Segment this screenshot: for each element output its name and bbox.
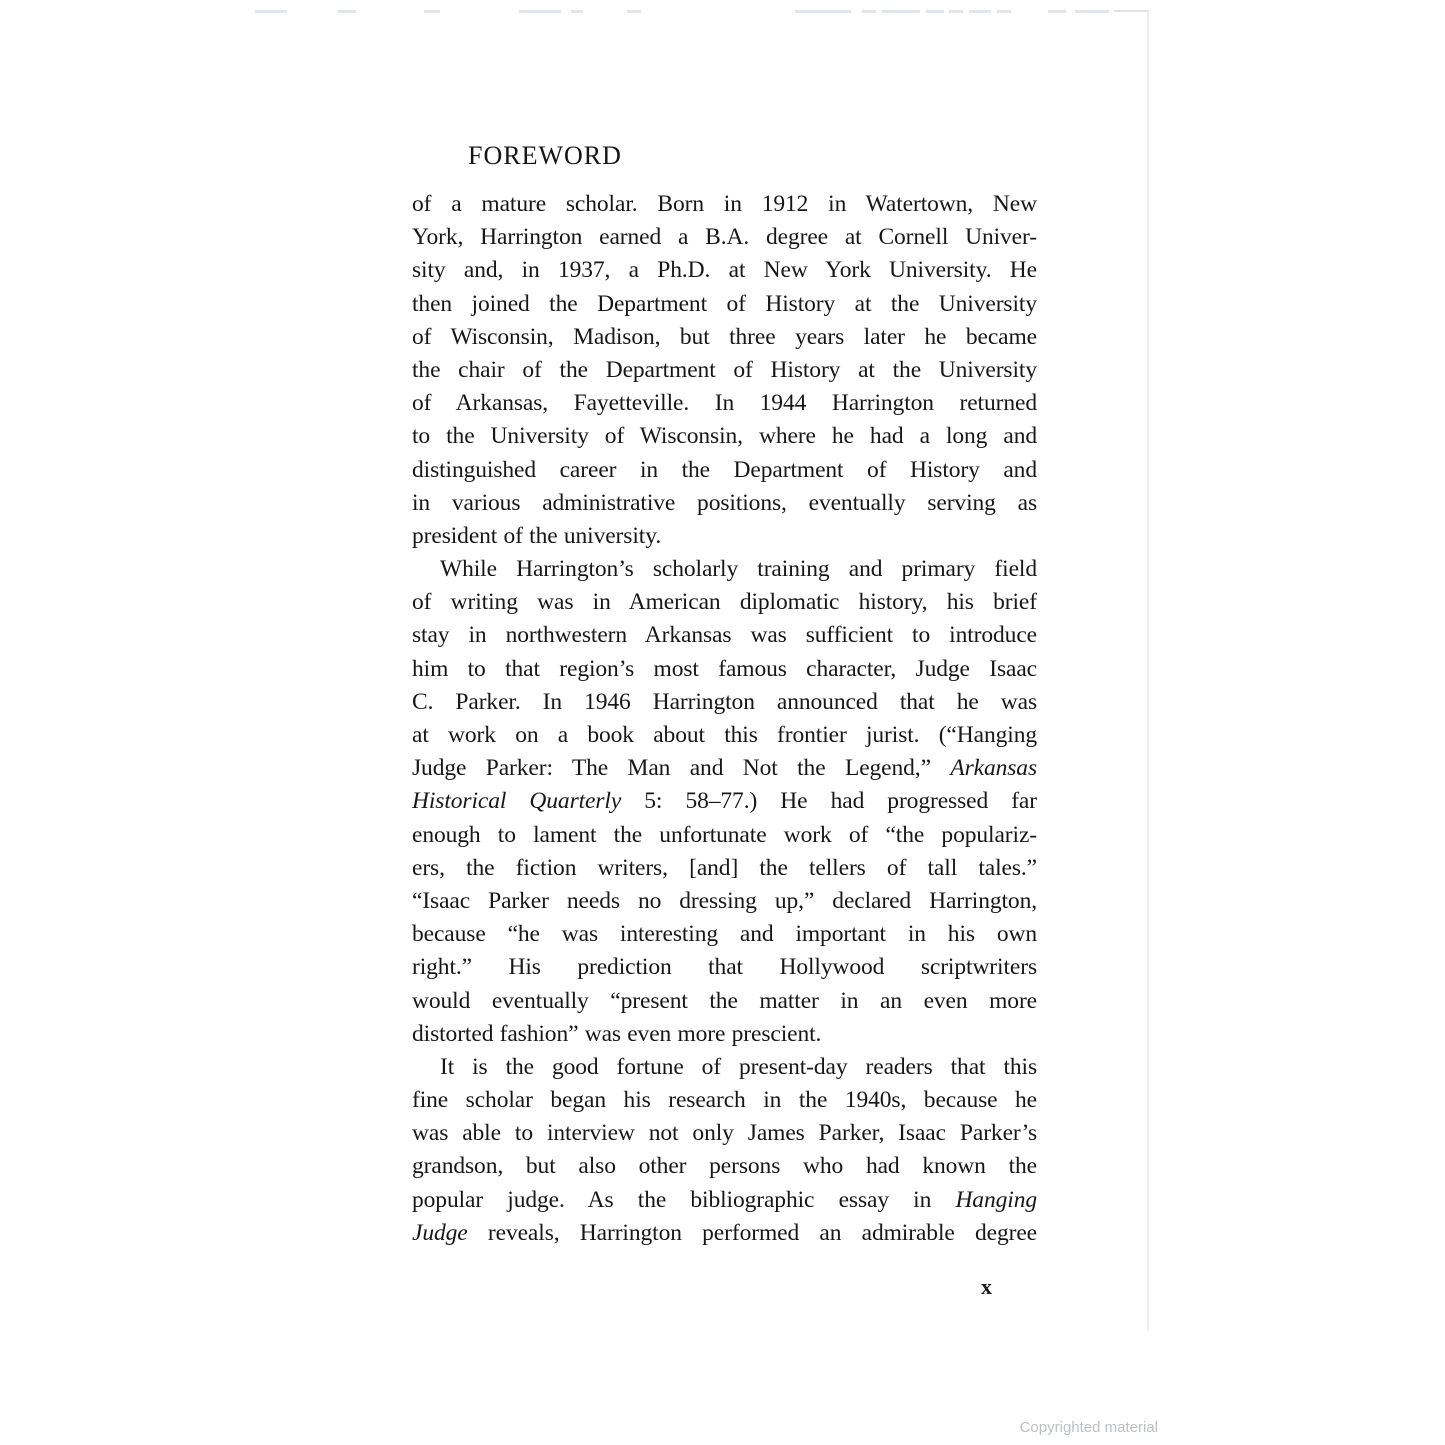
page-number: x: [981, 1274, 992, 1300]
scan-artifact-dash: [571, 10, 583, 13]
scan-artifact-dash: [1075, 10, 1109, 13]
text-line: It is the good fortune of present-day re…: [412, 1051, 1037, 1084]
text-line: of Arkansas, Fayetteville. In 1944 Harri…: [412, 387, 1037, 420]
text-line: York, Harrington earned a B.A. degree at…: [412, 221, 1037, 254]
scan-artifact-dash: [882, 10, 920, 13]
scan-artifact-dash: [926, 10, 944, 13]
book-page-scan: FOREWORD of a mature scholar. Born in 19…: [0, 0, 1445, 1445]
text-line: C. Parker. In 1946 Harrington announced …: [412, 686, 1037, 719]
text-line: sity and, in 1937, a Ph.D. at New York U…: [412, 254, 1037, 287]
text-line: Judge Parker: The Man and Not the Legend…: [412, 752, 1037, 785]
text-line: distorted fashion” was even more prescie…: [412, 1018, 1037, 1051]
scan-artifact-dash: [949, 10, 963, 13]
text-line: enough to lament the unfortunate work of…: [412, 819, 1037, 852]
text-line: to the University of Wisconsin, where he…: [412, 420, 1037, 453]
text-line: distinguished career in the Department o…: [412, 454, 1037, 487]
text-line: right.” His prediction that Hollywood sc…: [412, 951, 1037, 984]
text-line: because “he was interesting and importan…: [412, 918, 1037, 951]
scan-artifact-dash: [969, 10, 991, 13]
text-line: grandson, but also other persons who had…: [412, 1150, 1037, 1183]
copyright-watermark: Copyrighted material: [1020, 1419, 1158, 1436]
text-line: While Harrington’s scholarly training an…: [412, 553, 1037, 586]
page-edge-top-line: [1114, 10, 1149, 12]
text-line: ers, the fiction writers, [and] the tell…: [412, 852, 1037, 885]
text-line: was able to interview not only James Par…: [412, 1117, 1037, 1150]
scan-artifact-dash: [424, 10, 440, 13]
text-line: fine scholar began his research in the 1…: [412, 1084, 1037, 1117]
scan-artifact-dash: [338, 10, 356, 13]
text-line: stay in northwestern Arkansas was suffic…: [412, 619, 1037, 652]
page-heading: FOREWORD: [468, 141, 622, 171]
text-line: at work on a book about this frontier ju…: [412, 719, 1037, 752]
scan-artifact-dash: [519, 10, 561, 13]
text-line: “Isaac Parker needs no dressing up,” dec…: [412, 885, 1037, 918]
text-line: popular judge. As the bibliographic essa…: [412, 1184, 1037, 1217]
text-line: the chair of the Department of History a…: [412, 354, 1037, 387]
text-line: Judge reveals, Harrington performed an a…: [412, 1217, 1037, 1250]
scan-artifact-dash: [627, 10, 641, 13]
scan-artifact-dash: [795, 10, 851, 13]
text-line: then joined the Department of History at…: [412, 288, 1037, 321]
scan-artifact-dash: [862, 10, 876, 13]
scan-artifact-dash: [1048, 10, 1066, 13]
text-line: of writing was in American diplomatic hi…: [412, 586, 1037, 619]
text-line: in various administrative positions, eve…: [412, 487, 1037, 520]
scan-artifact-dash: [255, 10, 287, 13]
page-edge-right-line: [1147, 11, 1149, 1331]
body-text: of a mature scholar. Born in 1912 in Wat…: [412, 188, 1037, 1250]
text-line: would eventually “present the matter in …: [412, 985, 1037, 1018]
text-line: president of the university.: [412, 520, 1037, 553]
text-line: of a mature scholar. Born in 1912 in Wat…: [412, 188, 1037, 221]
text-line: Historical Quarterly 5: 58–77.) He had p…: [412, 785, 1037, 818]
scan-artifact-dash: [997, 10, 1011, 13]
text-line: of Wisconsin, Madison, but three years l…: [412, 321, 1037, 354]
text-line: him to that region’s most famous charact…: [412, 653, 1037, 686]
